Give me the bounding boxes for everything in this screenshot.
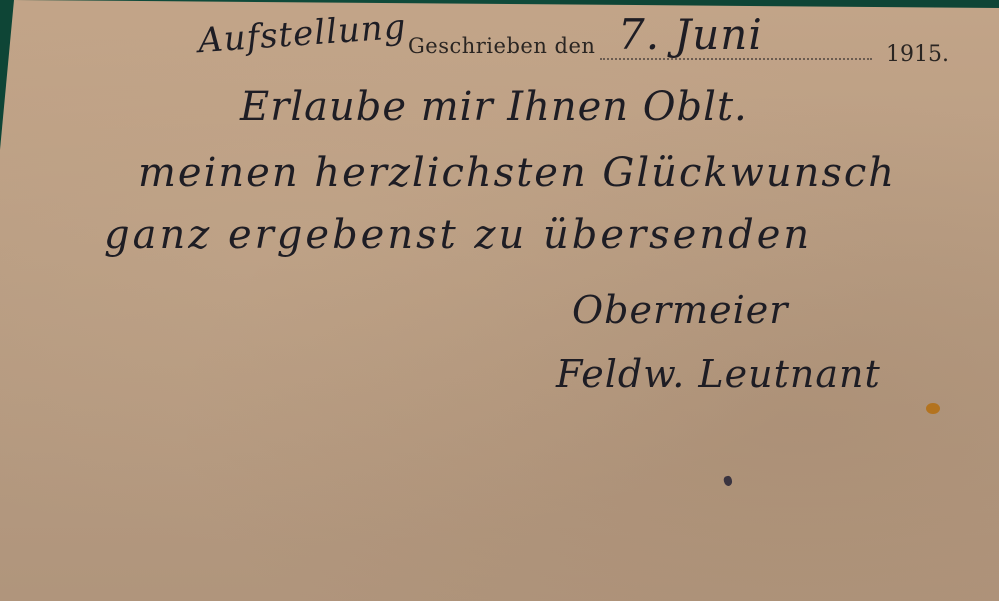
body-line-1: Erlaube mir Ihnen Oblt.: [240, 84, 748, 130]
printed-year: 1915.: [886, 42, 949, 67]
signature-rank: Feldw. Leutnant: [556, 352, 881, 396]
printed-label-geschrieben: Geschrieben den: [408, 34, 595, 58]
paper-speck: [723, 475, 733, 487]
body-line-3: ganz ergebenst zu übersenden: [104, 212, 812, 258]
date-handwritten: 7. Juni: [618, 10, 763, 59]
ink-stain: [926, 403, 940, 414]
postcard: Aufstellung Geschrieben den 7. Juni 1915…: [0, 0, 999, 601]
place-handwritten: Aufstellung: [197, 7, 408, 61]
body-line-2: meinen herzlichsten Glückwunsch: [138, 150, 896, 196]
signature-name: Obermeier: [572, 288, 788, 332]
